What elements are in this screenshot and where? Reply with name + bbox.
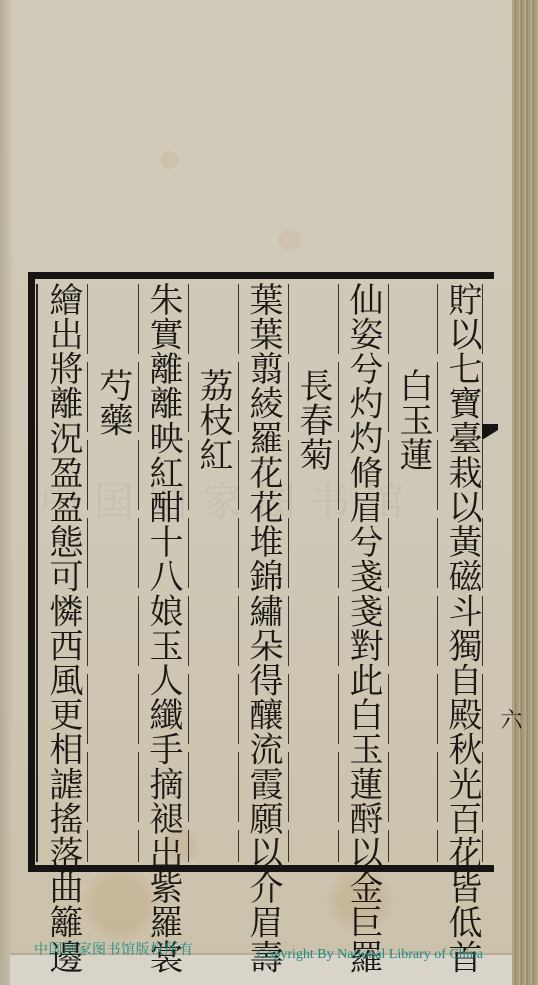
fish-tail-marker-icon [482,422,498,442]
column-rule [87,284,88,862]
column-rule [338,284,339,862]
column-rule [437,284,438,862]
text-column-7: 朱實離離映紅酣十八娘玉人纖手摘褪出紫羅裳 [141,282,185,974]
frame-inner-rule [36,284,38,862]
folio-page-number: 六 [494,708,525,730]
heading-shao-yao: 芍藥 [91,282,135,437]
text-column-1: 貯以七寶臺栽以黃磁斗獨自殿秋光百花皆低首 [440,282,484,974]
heading-li-zhi-hong: 荔枝紅 [191,282,235,472]
stacked-page-edges [512,0,538,985]
text-column-5: 葉葉翦綾羅花花堆錦繡朵得釀流霞願以介眉壽 [241,282,285,974]
copyright-chinese: 中国国家图书馆版权所有 [34,939,194,959]
column-rule [188,284,189,862]
text-column-3: 仙姿兮灼灼脩眉兮戔戔對此白玉蓮酹以金巨羅 [341,282,385,974]
page-gutter-shadow [0,0,14,985]
column-rule [288,284,289,862]
heading-chang-chun-ju: 長春菊 [291,282,335,472]
column-rule [388,284,389,862]
heading-bai-yu-lian: 白玉蓮 [391,282,435,472]
column-rule [238,284,239,862]
copyright-english: Copyright By National Library of China [257,947,483,963]
column-rule [138,284,139,862]
text-column-9: 繪出將離況盈盈態可憐西風更相謔搖落曲籬邊 [41,282,85,974]
